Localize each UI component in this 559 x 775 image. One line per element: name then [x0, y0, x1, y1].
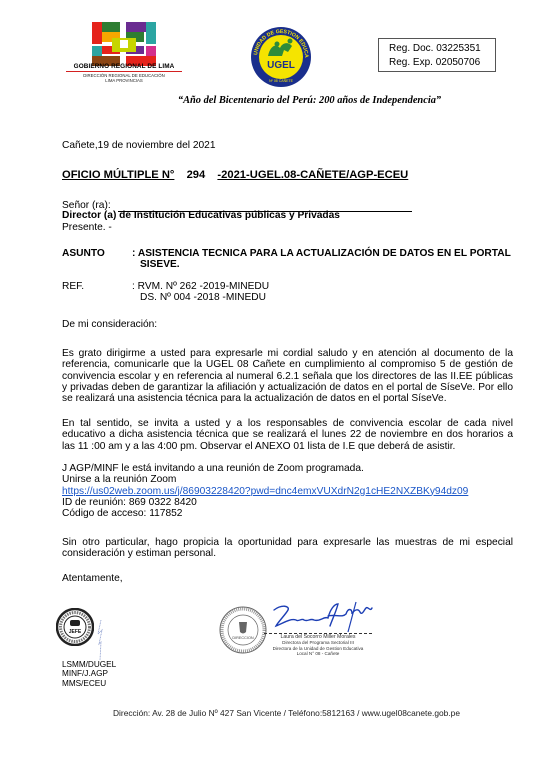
jefe-seal-stamp: JEFE	[56, 608, 94, 646]
paragraph-intro: Es grato dirigirme a usted para expresar…	[62, 348, 513, 404]
svg-text:UGEL: UGEL	[267, 60, 295, 71]
registry-box: Reg. Doc. 03225351 Reg. Exp. 02050706	[378, 38, 496, 72]
asunto-line-1: : ASISTENCIA TECNICA PARA LA ACTUALIZACI…	[132, 248, 522, 259]
gobierno-regional-subtitle: DIRECCIÓN REGIONAL DE EDUCACIÓN LIMA PRO…	[66, 73, 182, 83]
gobierno-regional-logo	[92, 22, 156, 66]
asunto-line-2: SISEVE.	[132, 259, 522, 270]
asunto-text: : ASISTENCIA TECNICA PARA LA ACTUALIZACI…	[132, 248, 522, 270]
presente: Presente. -	[62, 222, 112, 233]
oficio-suffix: -2021-UGEL.08-CAÑETE/AGP-ECEU	[217, 169, 408, 181]
zoom-access-code: Código de acceso: 117852	[62, 508, 468, 519]
paragraph-invitation: En tal sentido, se invita a usted y a lo…	[62, 418, 513, 452]
gobierno-regional-name: GOBIERNO REGIONAL DE LIMA	[66, 63, 182, 70]
direccion-seal-stamp: DIRECCION	[218, 605, 268, 655]
zoom-meeting-id: ID de reunión: 869 0322 8420	[62, 497, 468, 508]
ref-label: REF.	[62, 281, 84, 292]
ref-text: : RVM. Nº 262 -2019-MINEDU DS. Nº 004 -2…	[132, 281, 269, 303]
closing: Atentamente,	[62, 573, 123, 584]
place-date: Cañete,19 de noviembre del 2021	[62, 140, 216, 151]
oficio-title: OFICIO MÚLTIPLE N°294-2021-UGEL.08-CAÑET…	[62, 169, 408, 181]
registry-doc: Reg. Doc. 03225351	[389, 42, 495, 56]
paragraph-closing: Sin otro particular, hago propicia la op…	[62, 537, 513, 560]
zoom-join-label: Unirse a la reunión Zoom	[62, 474, 468, 485]
recipient-title: Director (a) de Institución Educativas p…	[62, 210, 340, 221]
signer-role-3: Local N° 08 - Cañete	[262, 651, 374, 656]
oficio-number: 294	[174, 169, 217, 181]
svg-text:Nº 08 CAÑETE: Nº 08 CAÑETE	[269, 78, 294, 83]
gobierno-regional-underline	[66, 71, 182, 72]
oficio-prefix: OFICIO MÚLTIPLE N°	[62, 169, 174, 181]
director-signature	[268, 600, 380, 634]
ugel-logo: UNIDAD DE GESTION EDUCATIVA LOCAL UGEL N…	[250, 26, 312, 88]
zoom-invite: J AGP/MINF le está invitando a una reuni…	[62, 463, 468, 474]
zoom-meeting-link[interactable]: https://us02web.zoom.us/j/86903228420?pw…	[62, 486, 468, 497]
greeting: De mi consideración:	[62, 319, 157, 330]
signer-block: Laura del Socorro Miller Morales Directo…	[262, 635, 374, 657]
initials-line-3: MMS/ECEU	[62, 679, 116, 688]
initials-line-2: MINF/J.AGP	[62, 669, 116, 678]
asunto-label: ASUNTO	[62, 248, 105, 259]
initials-block: LSMM/DUGEL MINF/J.AGP MMS/ECEU	[62, 660, 116, 688]
registry-exp: Reg. Exp. 02050706	[389, 56, 495, 70]
zoom-meeting-info: J AGP/MINF le está invitando a una reuni…	[62, 463, 468, 519]
ref-line-2: DS. Nº 004 -2018 -MINEDU	[132, 292, 269, 303]
year-motto: “Año del Bicentenario del Perú: 200 años…	[0, 95, 559, 106]
svg-text:DIRECCION: DIRECCION	[232, 636, 254, 640]
ref-line-1: : RVM. Nº 262 -2019-MINEDU	[132, 281, 269, 292]
initials-signature	[95, 620, 105, 660]
subtitle-line-2: LIMA PROVINCIAS	[66, 78, 182, 83]
initials-line-1: LSMM/DUGEL	[62, 660, 116, 669]
svg-text:JEFE: JEFE	[69, 629, 82, 635]
footer-address: Dirección: Av. 28 de Julio Nº 427 San Vi…	[0, 708, 559, 718]
